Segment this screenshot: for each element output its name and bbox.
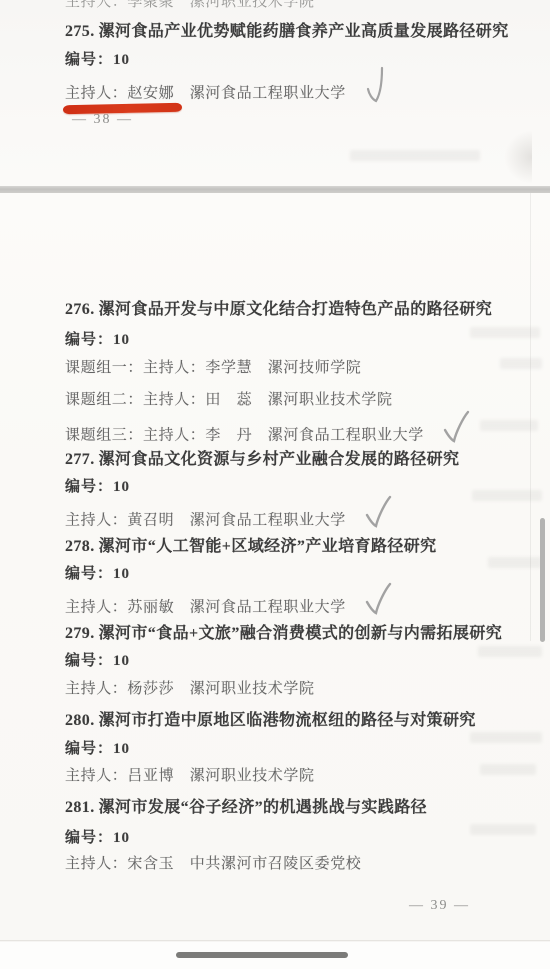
checkmark-icon bbox=[364, 581, 392, 617]
document-viewer: 主持人：李聚聚 漯河职业技术学院 275.漯河食品产业优势赋能药膳食养产业高质量… bbox=[0, 0, 550, 969]
project-281-title: 281.漯河市发展“谷子经济”的机遇挑战与实践路径 bbox=[65, 794, 427, 817]
project-276-group-1: 课题组一：主持人：李学慧 漯河技师学院 bbox=[65, 356, 361, 377]
project-number: 275. bbox=[65, 23, 95, 40]
project-number: 279. bbox=[65, 625, 95, 642]
host-text: 主持人：赵安娜 漯河食品工程职业大学 bbox=[65, 85, 346, 101]
project-number: 281. bbox=[65, 799, 95, 816]
project-277-code: 编号：10 bbox=[65, 475, 130, 496]
page-right-edge bbox=[530, 193, 531, 641]
bleed-through-smudge bbox=[472, 490, 542, 501]
host-text: 课题组三：主持人：李 丹 漯河食品工程职业大学 bbox=[65, 427, 424, 443]
page-number-38: — 38 — bbox=[72, 112, 133, 128]
home-indicator[interactable] bbox=[176, 952, 348, 958]
bleed-through-smudge bbox=[500, 358, 542, 369]
page-38: 主持人：李聚聚 漯河职业技术学院 275.漯河食品产业优势赋能药膳食养产业高质量… bbox=[0, 0, 550, 186]
project-278-title: 278.漯河市“人工智能+区域经济”产业培育路径研究 bbox=[65, 533, 437, 556]
project-280-host: 主持人：吕亚博 漯河职业技术学院 bbox=[65, 764, 315, 785]
clipped-previous-line: 主持人：李聚聚 漯河职业技术学院 bbox=[65, 0, 315, 9]
page-curl-shadow bbox=[504, 130, 532, 184]
project-title-text: 漯河食品开发与中原文化结合打造特色产品的路径研究 bbox=[99, 301, 493, 318]
project-number: 277. bbox=[65, 451, 95, 468]
project-276-group-2: 课题组二：主持人：田 蕊 漯河职业技术学院 bbox=[65, 388, 393, 409]
project-279-host: 主持人：杨莎莎 漯河职业技术学院 bbox=[65, 677, 315, 698]
page-39: 276.漯河食品开发与中原文化结合打造特色产品的路径研究 编号：10 课题组一：… bbox=[0, 193, 550, 941]
project-number: 280. bbox=[65, 712, 95, 729]
bleed-through-smudge bbox=[488, 557, 542, 568]
bleed-through-smudge bbox=[470, 824, 536, 835]
project-number: 276. bbox=[65, 301, 95, 318]
project-title-text: 漯河市打造中原地区临港物流枢纽的路径与对策研究 bbox=[99, 712, 476, 729]
page-divider bbox=[0, 186, 550, 193]
project-title-text: 漯河市“人工智能+区域经济”产业培育路径研究 bbox=[99, 538, 437, 555]
host-text: 主持人：黄召明 漯河食品工程职业大学 bbox=[65, 512, 346, 528]
project-276-title: 276.漯河食品开发与中原文化结合打造特色产品的路径研究 bbox=[65, 296, 492, 319]
project-280-code: 编号：10 bbox=[65, 737, 130, 758]
bleed-through-smudge bbox=[478, 646, 542, 657]
project-279-title: 279.漯河市“食品+文旅”融合消费模式的创新与内需拓展研究 bbox=[65, 620, 502, 643]
project-278-code: 编号：10 bbox=[65, 562, 130, 583]
project-title-text: 漯河市“食品+文旅”融合消费模式的创新与内需拓展研究 bbox=[99, 625, 503, 642]
host-text: 主持人：苏丽敏 漯河食品工程职业大学 bbox=[65, 599, 346, 615]
bleed-through-smudge bbox=[480, 764, 536, 775]
project-276-code: 编号：10 bbox=[65, 328, 130, 349]
project-title-text: 漯河食品文化资源与乡村产业融合发展的路径研究 bbox=[99, 451, 460, 468]
bleed-through-smudge bbox=[470, 732, 542, 743]
project-275-code: 编号：10 bbox=[65, 48, 130, 69]
project-280-title: 280.漯河市打造中原地区临港物流枢纽的路径与对策研究 bbox=[65, 707, 476, 730]
scrollbar-thumb[interactable] bbox=[540, 518, 545, 642]
bleed-through-smudge bbox=[470, 327, 540, 338]
project-title-text: 漯河食品产业优势赋能药膳食养产业高质量发展路径研究 bbox=[99, 23, 509, 40]
project-277-title: 277.漯河食品文化资源与乡村产业融合发展的路径研究 bbox=[65, 446, 459, 469]
project-281-host: 主持人：宋含玉 中共漯河市召陵区委党校 bbox=[65, 852, 361, 873]
checkmark-icon bbox=[442, 409, 470, 445]
checkmark-icon bbox=[364, 66, 386, 104]
clipped-line-text: 主持人：李聚聚 漯河职业技术学院 bbox=[65, 0, 315, 9]
bleed-through-smudge bbox=[480, 420, 538, 431]
project-title-text: 漯河市发展“谷子经济”的机遇挑战与实践路径 bbox=[99, 799, 427, 816]
page-number-39: — 39 — bbox=[409, 898, 470, 914]
project-275-title: 275.漯河食品产业优势赋能药膳食养产业高质量发展路径研究 bbox=[65, 18, 509, 41]
project-281-code: 编号：10 bbox=[65, 826, 130, 847]
project-number: 278. bbox=[65, 538, 95, 555]
checkmark-icon bbox=[364, 494, 392, 530]
bleed-through-smudge bbox=[350, 150, 480, 161]
project-279-code: 编号：10 bbox=[65, 649, 130, 670]
